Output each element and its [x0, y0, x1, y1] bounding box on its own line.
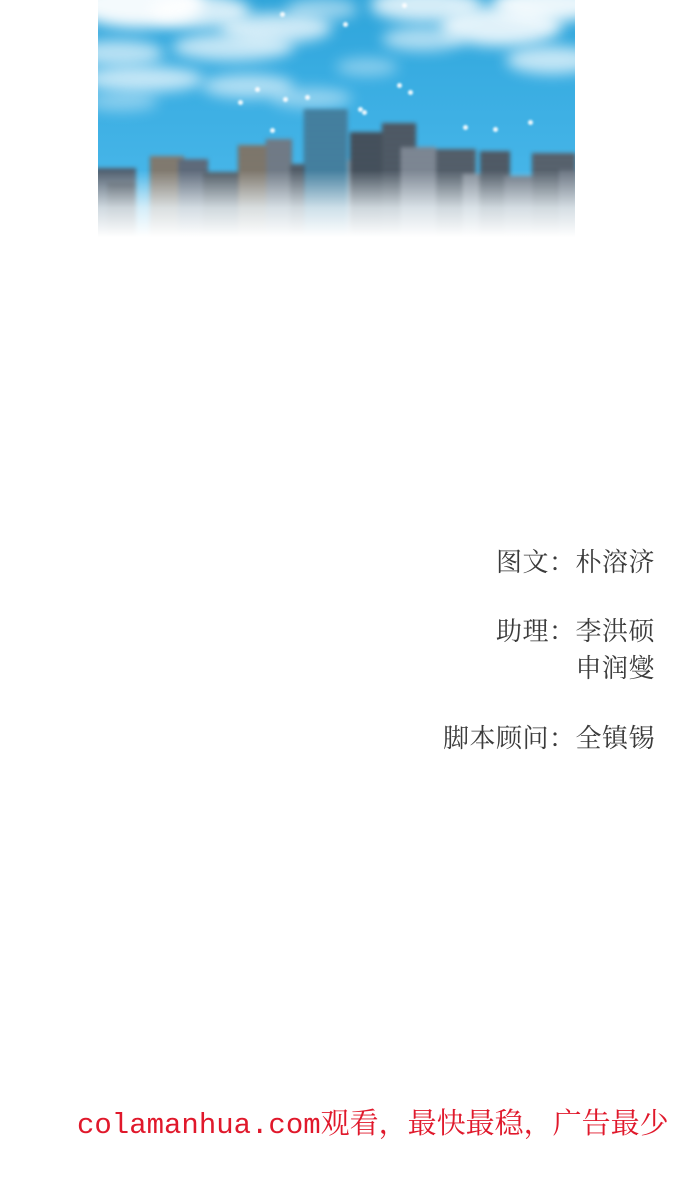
credit-line-assistant-2: 申润燮: [575, 655, 655, 683]
credit-line-assistant-1: 助理：李洪硕: [496, 618, 655, 646]
credit-line-art-text: 图文：朴溶济: [496, 549, 655, 577]
city-skyline-panel: [98, 0, 575, 252]
comic-page: 图文：朴溶济 助理：李洪硕 申润燮 脚本顾问：全镇锡 colamanhua.co…: [0, 0, 690, 1182]
site-watermark-text: colamanhua.com观看，最快最稳，广告最少: [77, 1106, 669, 1146]
bottom-white-fade: [98, 170, 575, 252]
credit-line-script-advisor: 脚本顾问：全镇锡: [443, 725, 655, 753]
